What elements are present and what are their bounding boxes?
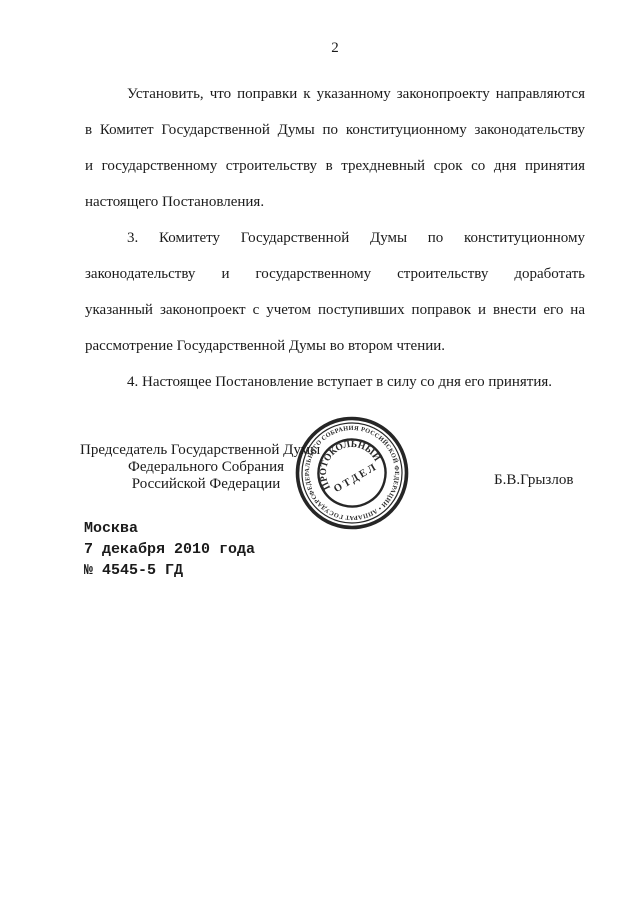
body-text-line: законодательству и государственному стро… [85, 256, 585, 292]
body-text-line: Установить, что поправки к указанному за… [85, 76, 585, 112]
body-text-line: в Комитет Государственной Думы по консти… [85, 112, 585, 148]
paragraph: Установить, что поправки к указанному за… [85, 76, 585, 220]
paragraph: 4. Настоящее Постановление вступает в си… [85, 364, 585, 400]
page-number: 2 [85, 40, 585, 57]
footer-city: Москва [84, 518, 255, 539]
signature-title-line: Председатель Государственной Думы [80, 442, 332, 459]
document-body: Установить, что поправки к указанному за… [85, 76, 585, 400]
signature-title-line: Федерального Собрания [80, 459, 332, 476]
body-text-line: 3. Комитету Государственной Думы по конс… [85, 220, 585, 256]
body-text-line: рассмотрение Государственной Думы во вто… [85, 328, 585, 364]
footer-date: 7 декабря 2010 года [84, 539, 255, 560]
document-page: 2 Установить, что поправки к указанному … [0, 0, 640, 905]
body-text-line: настоящего Постановления. [85, 184, 585, 220]
signature-title: Председатель Государственной Думы Федера… [80, 442, 332, 493]
stamp-center-text: ОТДЕЛ [332, 461, 380, 495]
body-text-line: и государственному строительству в трехд… [85, 148, 585, 184]
signer-name: Б.В.Грызлов [494, 472, 573, 489]
place-date-number-block: Москва 7 декабря 2010 года № 4545-5 ГД [84, 518, 255, 581]
footer-number: № 4545-5 ГД [84, 560, 255, 581]
signature-title-line: Российской Федерации [80, 476, 332, 493]
body-text-line: указанный законопроект с учетом поступив… [85, 292, 585, 328]
body-text-line: 4. Настоящее Постановление вступает в си… [85, 364, 585, 400]
paragraph: 3. Комитету Государственной Думы по конс… [85, 220, 585, 364]
